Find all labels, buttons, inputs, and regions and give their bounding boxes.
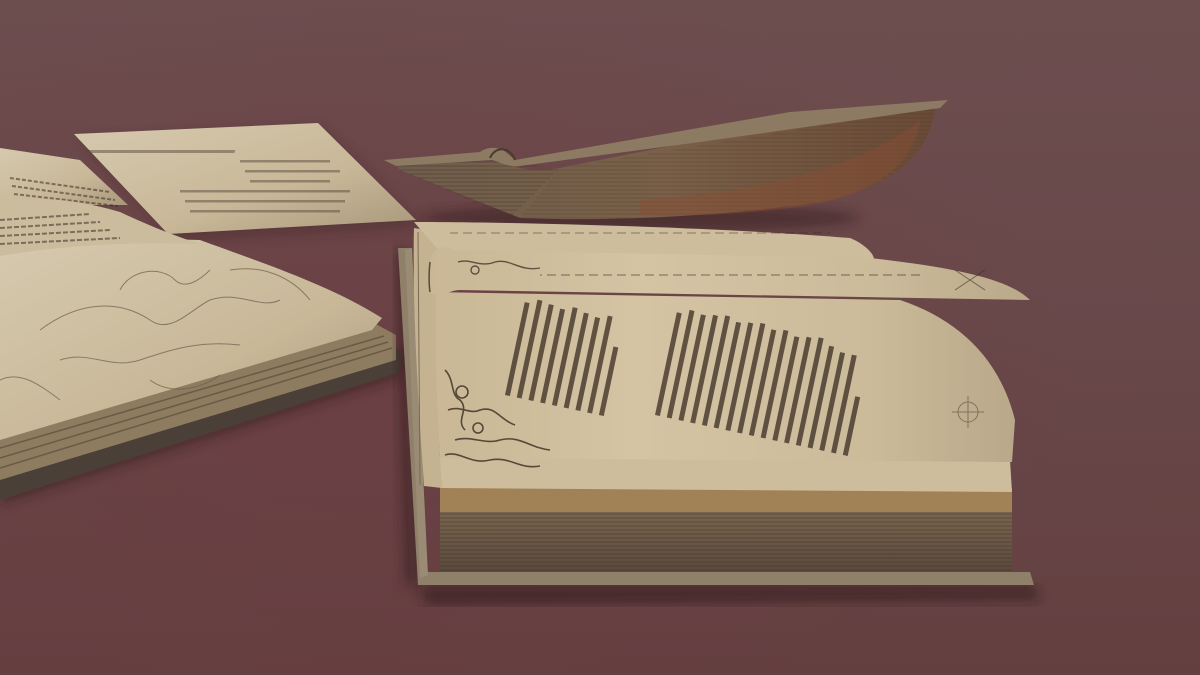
open-book-center [395, 222, 1040, 605]
book-scene [0, 0, 1200, 675]
